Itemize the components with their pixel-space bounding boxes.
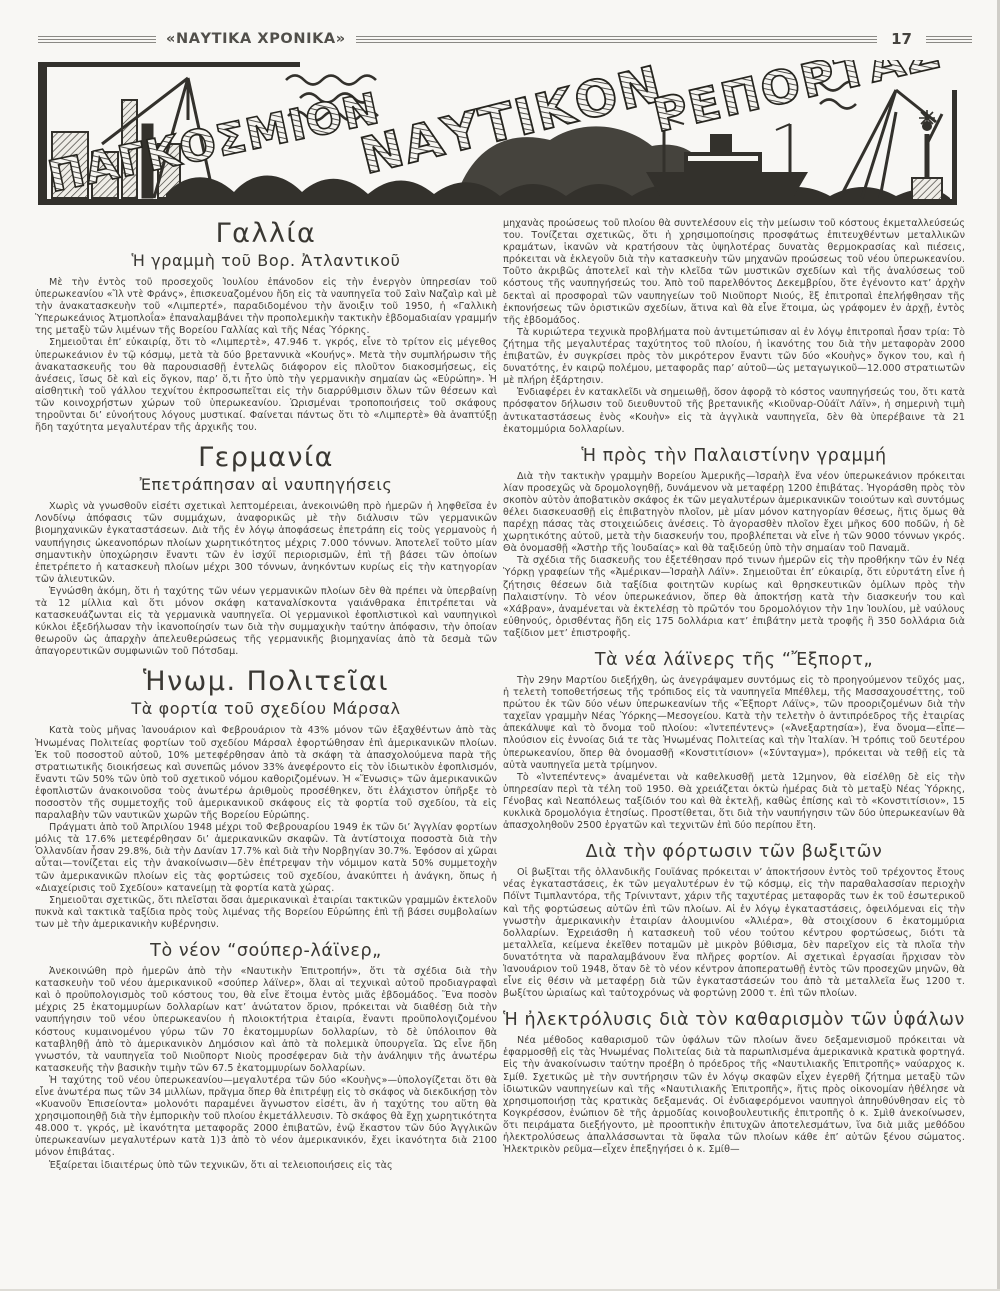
section-heading: Διὰ τὴν φόρτωσιν τῶν βωξιτῶν [503, 842, 965, 862]
section-subheading: Τὰ φορτία τοῦ σχεδίου Μάρσαλ [35, 699, 497, 718]
rule-middle [356, 36, 877, 43]
paragraph: Ἀνεκοινώθη πρὸ ἡμερῶν ἀπὸ τὴν «Ναυτικὴν … [35, 966, 497, 1075]
section-subheading: Ἐπετράπησαν αἱ ναυπηγήσεις [35, 475, 497, 494]
paragraph: Κατὰ τοὺς μῆνας Ἰανουάριον καὶ Φεβρουάρι… [35, 725, 497, 822]
article-section: Ἡνωμ. ΠολιτεῖαιΤὰ φορτία τοῦ σχεδίου Μάρ… [35, 666, 497, 931]
paragraph: Τὰ κυριώτερα τεχνικὰ προβλήματα ποὺ ἀντι… [503, 327, 965, 387]
paragraph: Τὸ «Ἰντεπέντενς» ἀναμένεται νὰ καθελκυσθ… [503, 772, 965, 832]
section-heading: Ἡ ἠλεκτρόλυσις διὰ τὸν καθαρισμὸν τῶν ὑφ… [503, 1010, 965, 1030]
paragraph: Μὲ τὴν ἐντὸς τοῦ προσεχοῦς Ἰουλίου ἐπάνο… [35, 277, 497, 337]
country-heading: Γαλλία [35, 218, 497, 249]
rule-right [926, 36, 972, 43]
country-heading: Ἡνωμ. Πολιτεῖαι [35, 666, 497, 697]
paragraph: Νέα μέθοδος καθαρισμοῦ τῶν ὑφάλων τῶν πλ… [503, 1035, 965, 1156]
banner-illustration: ΠΑΓΚΟΣΜΙΟΝ ΝΑΥΤΙΚΟΝ ΡΕΠΟΡΤΑΖ [38, 60, 962, 206]
article-column-left: ΓαλλίαἩ γραμμὴ τοῦ Βορ. ἈτλαντικοῦΜὲ τὴν… [35, 218, 497, 1266]
paragraph: μηχανὰς προώσεως τοῦ πλοίου θὰ συντελέσο… [503, 218, 965, 327]
masthead: «ΝΑΥΤΙΚΑ ΧΡΟΝΙΚΑ» 17 [38, 30, 972, 48]
section-subheading: Ἡ γραμμὴ τοῦ Βορ. Ἀτλαντικοῦ [35, 251, 497, 270]
statue-of-liberty [912, 110, 942, 200]
banner-word-reportaz: ΡΕΠΟΡΤΑΖ [648, 60, 945, 143]
paragraph: Χωρὶς νὰ γνωσθοῦν εἰσέτι σχετικαὶ λεπτομ… [35, 501, 497, 586]
country-heading: Γερμανία [35, 442, 497, 473]
paragraph: Πράγματι ἀπὸ τοῦ Ἀπριλίου 1948 μέχρι τοῦ… [35, 822, 497, 895]
paragraph: Διὰ τὴν τακτικὴν γραμμὴν Βορείου Ἀμερικῆ… [503, 471, 965, 556]
article-section: Τὸ νέον “σούπερ-λάϊνερ„Ἀνεκοινώθη πρὸ ἡμ… [35, 941, 497, 1172]
paragraph: Τὴν 29ην Μαρτίου διεξήχθη, ὡς ἀνεγράψαμε… [503, 675, 965, 772]
article-section: ΓερμανίαἘπετράπησαν αἱ ναυπηγήσειςΧωρὶς … [35, 442, 497, 658]
page-number: 17 [887, 30, 916, 48]
article-section: Τὰ νέα λάϊνερς τῆς “Ἔξπορτ„Τὴν 29ην Μαρτ… [503, 650, 965, 832]
paragraph: Σημειοῦται ἐπ’ εὐκαιρίᾳ, ὅτι τὸ «Λιμπερτ… [35, 337, 497, 434]
section-heading: Τὰ νέα λάϊνερς τῆς “Ἔξπορτ„ [503, 650, 965, 670]
paragraph: Ἡ ταχύτης τοῦ νέου ὑπερωκεανίου—μεγαλυτέ… [35, 1075, 497, 1160]
article-section: Ἡ πρὸς τὴν Παλαιστίνην γραμμήΔιὰ τὴν τακ… [503, 446, 965, 640]
section-heading: Ἡ πρὸς τὴν Παλαιστίνην γραμμή [503, 446, 965, 466]
paragraph: Οἱ βωξῖται τῆς ὁλλανδικῆς Γουϊάνας πρόκε… [503, 867, 965, 1000]
article-column-right: μηχανὰς προώσεως τοῦ πλοίου θὰ συντελέσο… [503, 218, 965, 1280]
rule-left [38, 36, 156, 43]
magazine-title: «ΝΑΥΤΙΚΑ ΧΡΟΝΙΚΑ» [166, 31, 346, 47]
article-section: ΓαλλίαἩ γραμμὴ τοῦ Βορ. ἈτλαντικοῦΜὲ τὴν… [35, 218, 497, 434]
section-heading: Τὸ νέον “σούπερ-λάϊνερ„ [35, 941, 497, 961]
paragraph: Σημειοῦται σχετικῶς, ὅτι πλεῖσται ὅσαι ἀ… [35, 895, 497, 931]
article-section: Διὰ τὴν φόρτωσιν τῶν βωξιτῶνΟἱ βωξῖται τ… [503, 842, 965, 1000]
article-section: Ἡ ἠλεκτρόλυσις διὰ τὸν καθαρισμὸν τῶν ὑφ… [503, 1010, 965, 1156]
article-section: μηχανὰς προώσεως τοῦ πλοίου θὰ συντελέσο… [503, 218, 965, 436]
magazine-page: «ΝΑΥΤΙΚΑ ΧΡΟΝΙΚΑ» 17 [0, 0, 1000, 1291]
paragraph: Τὰ σχέδια τῆς διασκευῆς του ἐξετέθησαν π… [503, 555, 965, 640]
paragraph: Ἐνδιαφέρει ἐν κατακλεῖδι νὰ σημειωθῇ, ὅσ… [503, 387, 965, 435]
paragraph: Ἐγνώσθη ἀκόμη, ὅτι ἡ ταχύτης τῶν νέων γε… [35, 586, 497, 659]
paragraph: Ἐξαίρεται ἰδιαιτέρως ὑπὸ τῶν τεχνικῶν, ὅ… [35, 1160, 497, 1172]
